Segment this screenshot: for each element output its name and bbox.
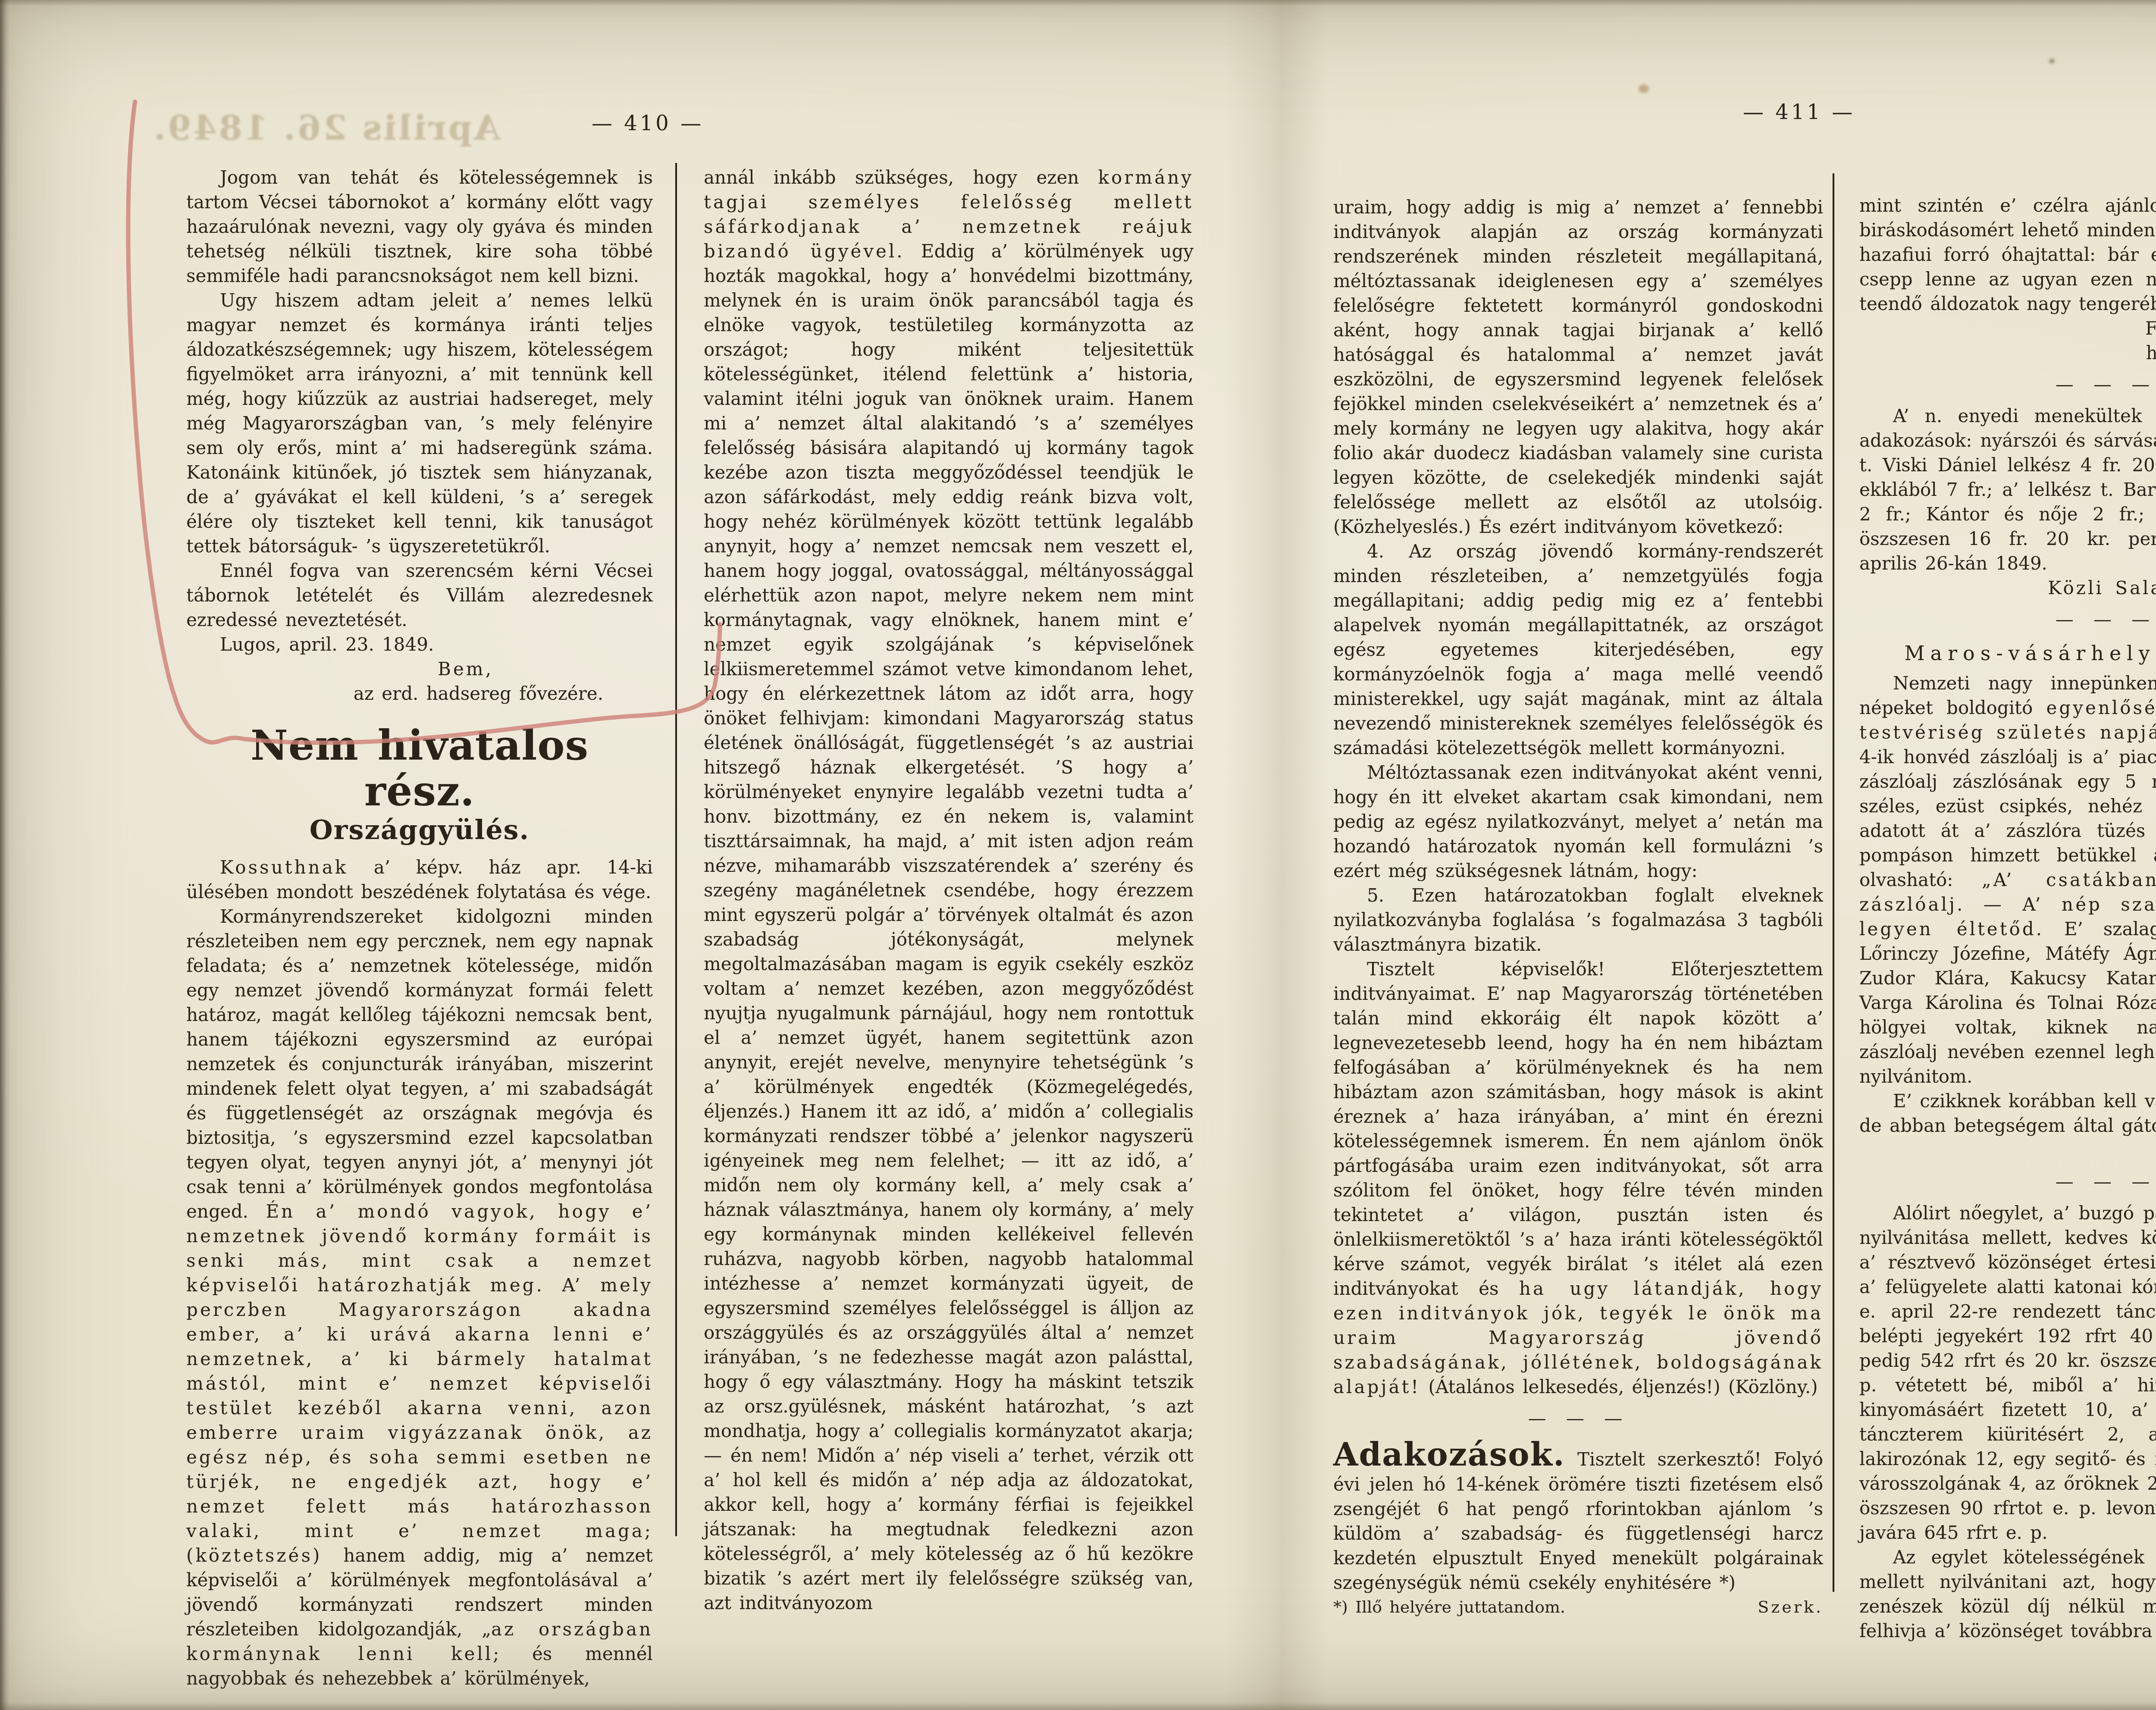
page-gutter-shadow xyxy=(1225,0,1328,1710)
section-heading: Nem hivatalos rész. xyxy=(186,723,653,815)
paragraph: uraim, hogy addig is mig a’ nemzet a’ fe… xyxy=(1333,195,1823,539)
paragraph: Jogom van tehát és kötelességemnek is ta… xyxy=(186,165,653,288)
subsection-heading: Országgyülés. xyxy=(186,817,653,842)
column-410-left: Jogom van tehát és kötelességemnek is ta… xyxy=(186,165,653,1691)
divider: — — — xyxy=(1859,1169,2156,1194)
scan-edge xyxy=(0,1702,2156,1710)
signature-line: Bem, xyxy=(186,657,653,681)
column-410-right: annál inkább szükséges, hogy ezen kormán… xyxy=(704,165,1194,1615)
page-number-411: — 411 — xyxy=(1743,100,1855,124)
paragraph: Nemzeti nagy innepünken martius 15-én a’… xyxy=(1859,671,2156,1089)
paragraph: Méltóztassanak ezen inditványokat aként … xyxy=(1333,760,1823,883)
paper-stain xyxy=(1639,85,1649,93)
scan-edge xyxy=(0,0,2156,6)
newspaper-page-spread: Aprilis 26. 1849. — 410 — — 411 — Jogom … xyxy=(0,0,2156,1710)
paragraph: E’ czikknek korábban kell vala béküldetn… xyxy=(1859,1089,2156,1113)
paragraph: Ennél fogva van szerencsém kérni Vécsei … xyxy=(186,558,653,632)
paragraph: Adakozások. Tisztelt szerkesztő! Folyó é… xyxy=(1333,1438,1823,1595)
divider: — — — xyxy=(1333,1406,1823,1431)
signature-line: F. L. xyxy=(1859,316,2156,341)
paragraph: mint szintén e’ czélra ajánlom fel rögtö… xyxy=(1859,193,2156,316)
paragraph: Kormányrendszereket kidolgozni minden ré… xyxy=(186,904,653,1691)
paper-stain xyxy=(2049,59,2055,63)
paragraph: Alólirt nőegylet, a’ buzgó pártolásérti … xyxy=(1859,1201,2156,1545)
paragraph: Kossuthnak a’ képv. ház apr. 14-ki ülésé… xyxy=(186,855,653,904)
column-411-left: uraim, hogy addig is mig a’ nemzet a’ fe… xyxy=(1333,195,1823,1619)
signature-line: huszárhadnagy. xyxy=(1859,341,2156,365)
paragraph: Ugy hiszem adtam jeleit a’ nemes lelkü m… xyxy=(186,288,653,558)
divider: — — — xyxy=(1859,607,2156,632)
signature-line: Közli Salamon József. xyxy=(1859,576,2156,600)
dateline-heading: Maros-vásárhely april 20. xyxy=(1859,641,2156,666)
paragraph: 4. Az ország jövendő kormány-rendszerét … xyxy=(1333,539,1823,760)
scan-edge xyxy=(0,0,9,1710)
page-number-410: — 410 — xyxy=(592,111,704,135)
paragraph: 5. Ezen határozatokban foglalt elveknek … xyxy=(1333,883,1823,957)
signature-line: őrnagy. xyxy=(1859,1138,2156,1162)
paragraph: A’ n. enyedi menekültek felsegéllésére u… xyxy=(1859,404,2156,576)
paper-stain xyxy=(435,241,439,245)
footnote: de abban betegségem által gátoltattam.Ki… xyxy=(1859,1113,2156,1138)
paragraph: Az egylet kötelességének ismervén köszön… xyxy=(1859,1545,2156,1643)
signature-line: az erd. hadsereg fővezére. xyxy=(186,681,653,706)
bleed-through-text: Aprilis 26. 1849. xyxy=(224,109,500,148)
column-rule xyxy=(675,163,677,1536)
column-411-right: mint szintén e’ czélra ajánlom fel rögtö… xyxy=(1859,193,2156,1643)
footnote: *) Illő helyére juttatandom.Szerk. xyxy=(1333,1595,1823,1619)
paragraph: Tisztelt képviselők! Előterjesztettem in… xyxy=(1333,957,1823,1399)
column-rule xyxy=(1833,173,1834,1592)
paragraph: annál inkább szükséges, hogy ezen kormán… xyxy=(704,165,1194,1615)
divider: — — — xyxy=(1859,372,2156,397)
dateline: Lugos, april. 23. 1849. xyxy=(186,632,653,657)
